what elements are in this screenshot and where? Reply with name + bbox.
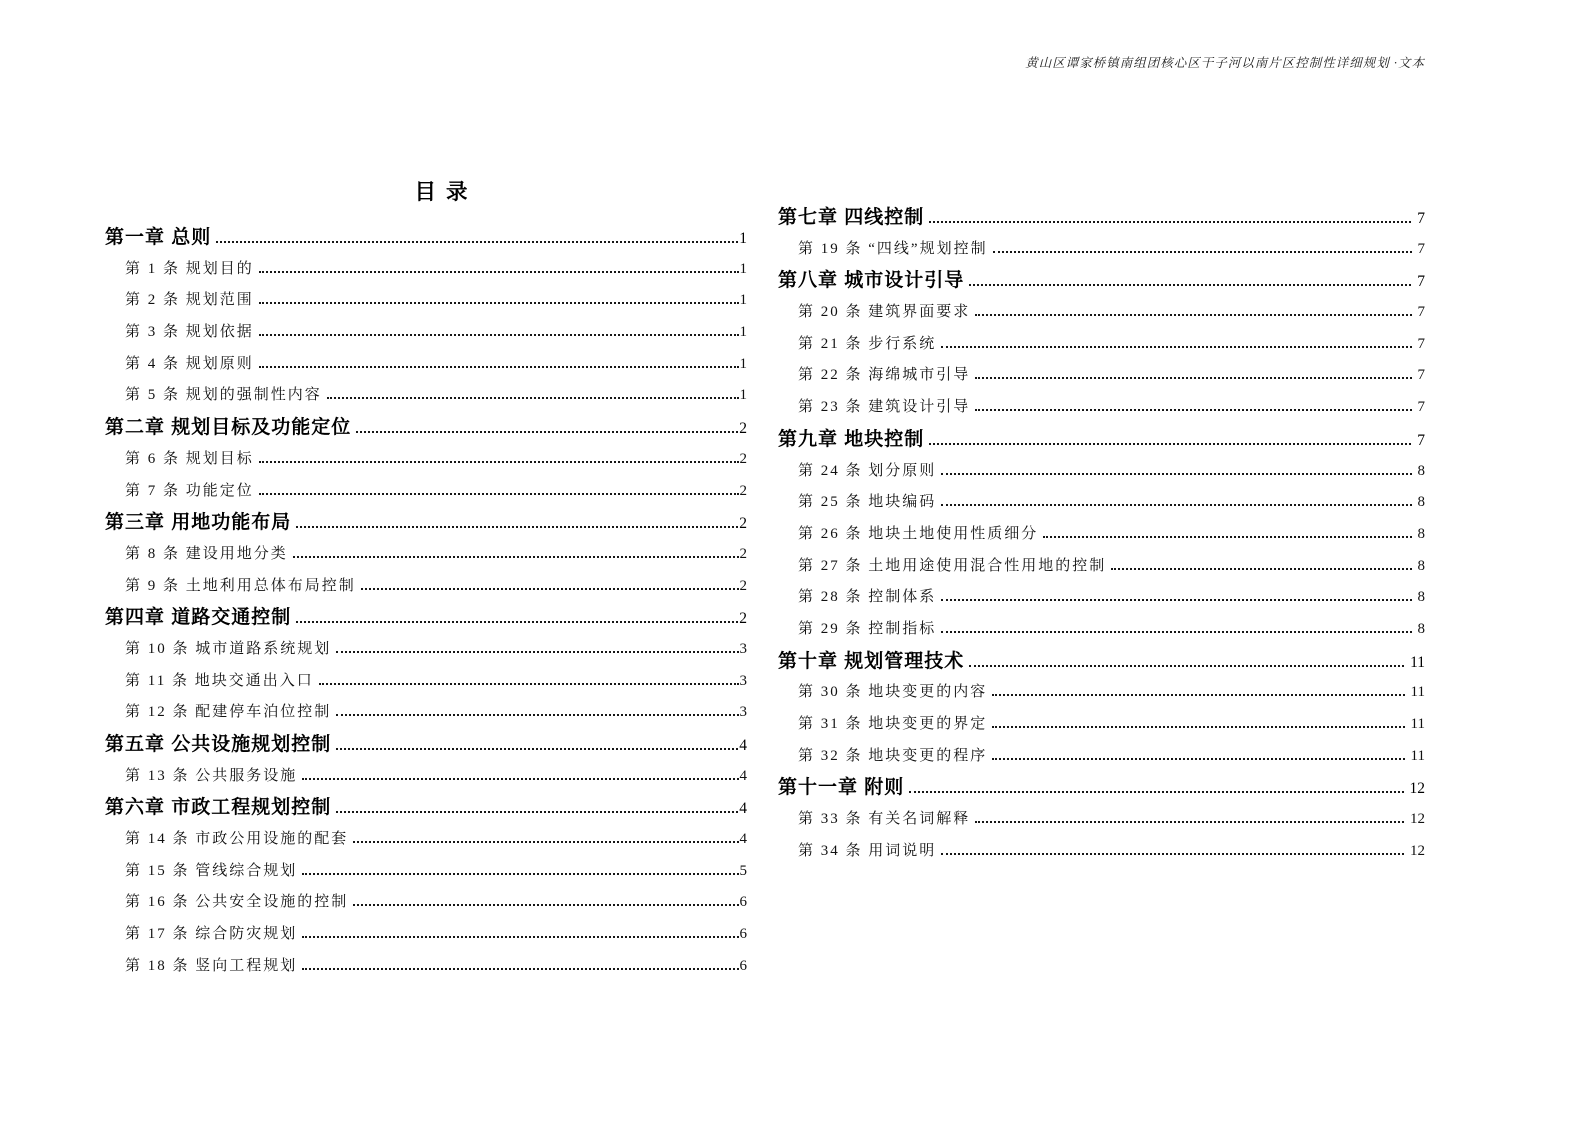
toc-entry-label: 第 28 条 控制体系 xyxy=(798,582,936,614)
toc-entry-article: 第 1 条 规划目的1 xyxy=(105,254,747,286)
toc-entry-label: 第 30 条 地块变更的内容 xyxy=(798,677,987,709)
toc-entry-article: 第 19 条 “四线”规划控制7 xyxy=(778,234,1425,266)
toc-entry-article: 第 11 条 地块交通出入口3 xyxy=(105,666,747,698)
toc-entry-article: 第 9 条 土地利用总体布局控制2 xyxy=(105,571,747,603)
dot-leader xyxy=(353,904,738,906)
page-number: 7 xyxy=(1417,203,1425,235)
page-number: 2 xyxy=(740,571,748,603)
toc-entry-article: 第 7 条 功能定位2 xyxy=(105,476,747,508)
toc-entry-label: 第 6 条 规划目标 xyxy=(125,444,254,476)
page-number: 6 xyxy=(740,951,748,983)
toc-entry-article: 第 22 条 海绵城市引导7 xyxy=(778,360,1425,392)
toc-entry-article: 第 26 条 地块土地使用性质细分8 xyxy=(778,519,1425,551)
page-number: 6 xyxy=(740,887,748,919)
toc-entry-article: 第 25 条 地块编码8 xyxy=(778,487,1425,519)
page-number: 6 xyxy=(740,919,748,951)
dot-leader xyxy=(353,841,738,843)
toc-entry-label: 第 10 条 城市道路系统规划 xyxy=(125,634,331,666)
dot-leader xyxy=(969,665,1404,667)
dot-leader xyxy=(296,526,738,528)
page-number: 7 xyxy=(1418,392,1426,424)
dot-leader xyxy=(993,251,1412,253)
dot-leader xyxy=(296,621,738,623)
dot-leader xyxy=(992,758,1404,760)
toc-entry-label: 第一章 总则 xyxy=(105,222,211,254)
toc-entry-chapter: 第四章 道路交通控制2 xyxy=(105,602,747,634)
toc-entry-article: 第 21 条 步行系统7 xyxy=(778,329,1425,361)
page-number: 12 xyxy=(1410,773,1426,805)
toc-entry-label: 第 16 条 公共安全设施的控制 xyxy=(125,887,348,919)
toc-entry-label: 第 11 条 地块交通出入口 xyxy=(125,666,314,698)
dot-leader xyxy=(992,694,1404,696)
toc-entry-label: 第三章 用地功能布局 xyxy=(105,507,291,539)
toc-entry-label: 第 26 条 地块土地使用性质细分 xyxy=(798,519,1038,551)
page-number: 1 xyxy=(740,349,748,381)
page-number: 7 xyxy=(1418,360,1426,392)
dot-leader xyxy=(941,473,1411,475)
dot-leader xyxy=(336,748,738,750)
toc-entry-chapter: 第十一章 附则12 xyxy=(778,772,1425,804)
page-number: 1 xyxy=(740,254,748,286)
toc-entry-article: 第 20 条 建筑界面要求7 xyxy=(778,297,1425,329)
page-number: 4 xyxy=(740,824,748,856)
toc-entry-label: 第 32 条 地块变更的程序 xyxy=(798,741,987,773)
dot-leader xyxy=(975,821,1404,823)
page-number: 7 xyxy=(1417,266,1425,298)
toc-entry-article: 第 14 条 市政公用设施的配套4 xyxy=(105,824,747,856)
page-number: 12 xyxy=(1410,836,1425,868)
toc-entry-label: 第 19 条 “四线”规划控制 xyxy=(798,234,988,266)
dot-leader xyxy=(969,284,1411,286)
dot-leader xyxy=(336,651,738,653)
toc-entry-label: 第 33 条 有关名词解释 xyxy=(798,804,970,836)
page-number: 8 xyxy=(1418,582,1426,614)
toc-entry-label: 第 20 条 建筑界面要求 xyxy=(798,297,970,329)
dot-leader xyxy=(361,588,739,590)
dot-leader xyxy=(975,377,1411,379)
dot-leader xyxy=(929,221,1411,223)
dot-leader xyxy=(259,302,739,304)
toc-entry-chapter: 第七章 四线控制7 xyxy=(778,202,1425,234)
toc-entry-chapter: 第三章 用地功能布局2 xyxy=(105,507,747,539)
toc-entry-article: 第 15 条 管线综合规划5 xyxy=(105,856,747,888)
page-number: 8 xyxy=(1418,487,1426,519)
toc-entry-label: 第 24 条 划分原则 xyxy=(798,456,936,488)
dot-leader xyxy=(259,334,739,336)
dot-leader xyxy=(302,936,738,938)
toc-entry-article: 第 27 条 土地用途使用混合性用地的控制8 xyxy=(778,551,1425,583)
dot-leader xyxy=(941,346,1411,348)
dot-leader xyxy=(941,599,1411,601)
toc-entry-label: 第 29 条 控制指标 xyxy=(798,614,936,646)
page-number: 2 xyxy=(739,508,747,540)
dot-leader xyxy=(302,778,738,780)
dot-leader xyxy=(302,968,738,970)
toc-entry-label: 第 4 条 规划原则 xyxy=(125,349,254,381)
toc-entry-article: 第 29 条 控制指标8 xyxy=(778,614,1425,646)
toc-entry-chapter: 第九章 地块控制7 xyxy=(778,424,1425,456)
toc-entry-label: 第四章 道路交通控制 xyxy=(105,602,291,634)
toc-title: 目 录 xyxy=(105,178,747,206)
dot-leader xyxy=(356,431,738,433)
toc-entry-article: 第 10 条 城市道路系统规划3 xyxy=(105,634,747,666)
dot-leader xyxy=(941,504,1411,506)
toc-entry-label: 第 34 条 用词说明 xyxy=(798,836,936,868)
page-number: 4 xyxy=(740,761,748,793)
dot-leader xyxy=(216,241,738,243)
page-number: 2 xyxy=(740,539,748,571)
toc-entry-label: 第十一章 附则 xyxy=(778,772,904,804)
document-running-header: 黄山区谭家桥镇南组团核心区干子河以南片区控制性详细规划 ·文本 xyxy=(0,53,1425,71)
page-number: 1 xyxy=(740,285,748,317)
dot-leader xyxy=(259,366,739,368)
page-number: 8 xyxy=(1418,551,1426,583)
toc-entry-label: 第 14 条 市政公用设施的配套 xyxy=(125,824,348,856)
dot-leader xyxy=(992,726,1404,728)
toc-entry-article: 第 4 条 规划原则1 xyxy=(105,349,747,381)
toc-entry-chapter: 第一章 总则1 xyxy=(105,222,747,254)
toc-entry-label: 第 5 条 规划的强制性内容 xyxy=(125,380,322,412)
toc-entry-label: 第 15 条 管线综合规划 xyxy=(125,856,297,888)
toc-entry-article: 第 33 条 有关名词解释12 xyxy=(778,804,1425,836)
dot-leader xyxy=(1043,536,1411,538)
dot-leader xyxy=(259,271,739,273)
toc-entry-label: 第 27 条 土地用途使用混合性用地的控制 xyxy=(798,551,1106,583)
page-number: 5 xyxy=(740,856,748,888)
toc-entry-article: 第 16 条 公共安全设施的控制6 xyxy=(105,887,747,919)
toc-entry-label: 第五章 公共设施规划控制 xyxy=(105,729,331,761)
dot-leader xyxy=(259,461,739,463)
page-number: 2 xyxy=(740,476,748,508)
page-number: 7 xyxy=(1418,234,1426,266)
toc-entry-label: 第十章 规划管理技术 xyxy=(778,646,964,678)
toc-entry-label: 第 2 条 规划范围 xyxy=(125,285,254,317)
toc-entry-article: 第 5 条 规划的强制性内容1 xyxy=(105,380,747,412)
page-number: 8 xyxy=(1418,519,1426,551)
page-number: 8 xyxy=(1418,456,1426,488)
toc-entry-label: 第九章 地块控制 xyxy=(778,424,924,456)
toc-entry-label: 第 23 条 建筑设计引导 xyxy=(798,392,970,424)
toc-entry-label: 第二章 规划目标及功能定位 xyxy=(105,412,351,444)
page-number: 11 xyxy=(1411,677,1425,709)
toc-entry-article: 第 8 条 建设用地分类2 xyxy=(105,539,747,571)
dot-leader xyxy=(975,409,1411,411)
page-number: 11 xyxy=(1411,709,1425,741)
toc-entry-article: 第 30 条 地块变更的内容11 xyxy=(778,677,1425,709)
page-number: 1 xyxy=(740,380,748,412)
toc-entry-label: 第六章 市政工程规划控制 xyxy=(105,792,331,824)
toc-entry-label: 第 17 条 综合防灾规划 xyxy=(125,919,297,951)
dot-leader xyxy=(293,556,739,558)
dot-leader xyxy=(941,853,1404,855)
toc-entry-chapter: 第八章 城市设计引导7 xyxy=(778,265,1425,297)
page-number: 11 xyxy=(1410,647,1425,679)
toc-entry-article: 第 24 条 划分原则8 xyxy=(778,456,1425,488)
page-number: 7 xyxy=(1418,329,1426,361)
page-number: 8 xyxy=(1418,614,1426,646)
dot-leader xyxy=(1111,568,1411,570)
dot-leader xyxy=(941,631,1411,633)
toc-entry-label: 第 25 条 地块编码 xyxy=(798,487,936,519)
page-number: 12 xyxy=(1410,804,1425,836)
toc-entry-article: 第 34 条 用词说明12 xyxy=(778,836,1425,868)
toc-entry-article: 第 12 条 配建停车泊位控制3 xyxy=(105,697,747,729)
toc-entry-article: 第 31 条 地块变更的界定11 xyxy=(778,709,1425,741)
dot-leader xyxy=(336,714,738,716)
dot-leader xyxy=(327,397,739,399)
page-number: 7 xyxy=(1417,425,1425,457)
toc-entry-label: 第八章 城市设计引导 xyxy=(778,265,964,297)
page-number: 4 xyxy=(739,793,747,825)
toc-entry-label: 第 22 条 海绵城市引导 xyxy=(798,360,970,392)
toc-entry-article: 第 23 条 建筑设计引导7 xyxy=(778,392,1425,424)
toc-entry-article: 第 17 条 综合防灾规划6 xyxy=(105,919,747,951)
page-number: 2 xyxy=(740,444,748,476)
toc-entry-label: 第 13 条 公共服务设施 xyxy=(125,761,297,793)
toc-column-right: 第七章 四线控制7第 19 条 “四线”规划控制7第八章 城市设计引导7第 20… xyxy=(778,202,1425,867)
toc-entry-label: 第 1 条 规划目的 xyxy=(125,254,254,286)
toc-entry-label: 第七章 四线控制 xyxy=(778,202,924,234)
toc-entry-label: 第 21 条 步行系统 xyxy=(798,329,936,361)
toc-entry-chapter: 第二章 规划目标及功能定位2 xyxy=(105,412,747,444)
dot-leader xyxy=(929,443,1411,445)
page-number: 2 xyxy=(739,603,747,635)
page-number: 11 xyxy=(1411,741,1425,773)
toc-entry-label: 第 31 条 地块变更的界定 xyxy=(798,709,987,741)
dot-leader xyxy=(909,791,1403,793)
page-number: 1 xyxy=(739,223,747,255)
dot-leader xyxy=(302,873,738,875)
toc-entry-label: 第 12 条 配建停车泊位控制 xyxy=(125,697,331,729)
toc-entry-chapter: 第六章 市政工程规划控制4 xyxy=(105,792,747,824)
toc-entry-label: 第 3 条 规划依据 xyxy=(125,317,254,349)
toc-entry-article: 第 28 条 控制体系8 xyxy=(778,582,1425,614)
toc-entry-article: 第 6 条 规划目标2 xyxy=(105,444,747,476)
page-number: 3 xyxy=(740,666,748,698)
dot-leader xyxy=(259,493,739,495)
dot-leader xyxy=(319,683,739,685)
toc-entry-chapter: 第十章 规划管理技术11 xyxy=(778,646,1425,678)
page-number: 4 xyxy=(739,730,747,762)
page-number: 3 xyxy=(740,634,748,666)
dot-leader xyxy=(336,811,738,813)
page-number: 3 xyxy=(740,697,748,729)
toc-entry-article: 第 2 条 规划范围1 xyxy=(105,285,747,317)
toc-entry-label: 第 18 条 竖向工程规划 xyxy=(125,951,297,983)
page-number: 2 xyxy=(739,413,747,445)
toc-entry-label: 第 7 条 功能定位 xyxy=(125,476,254,508)
toc-entry-article: 第 3 条 规划依据1 xyxy=(105,317,747,349)
toc-entry-article: 第 13 条 公共服务设施4 xyxy=(105,761,747,793)
toc-entry-article: 第 18 条 竖向工程规划6 xyxy=(105,951,747,983)
page-number: 1 xyxy=(740,317,748,349)
toc-entry-chapter: 第五章 公共设施规划控制4 xyxy=(105,729,747,761)
toc-entry-label: 第 8 条 建设用地分类 xyxy=(125,539,288,571)
toc-entry-label: 第 9 条 土地利用总体布局控制 xyxy=(125,571,356,603)
toc-entry-article: 第 32 条 地块变更的程序11 xyxy=(778,741,1425,773)
toc-column-left: 第一章 总则1第 1 条 规划目的1第 2 条 规划范围1第 3 条 规划依据1… xyxy=(105,222,747,983)
page-number: 7 xyxy=(1418,297,1426,329)
dot-leader xyxy=(975,314,1411,316)
